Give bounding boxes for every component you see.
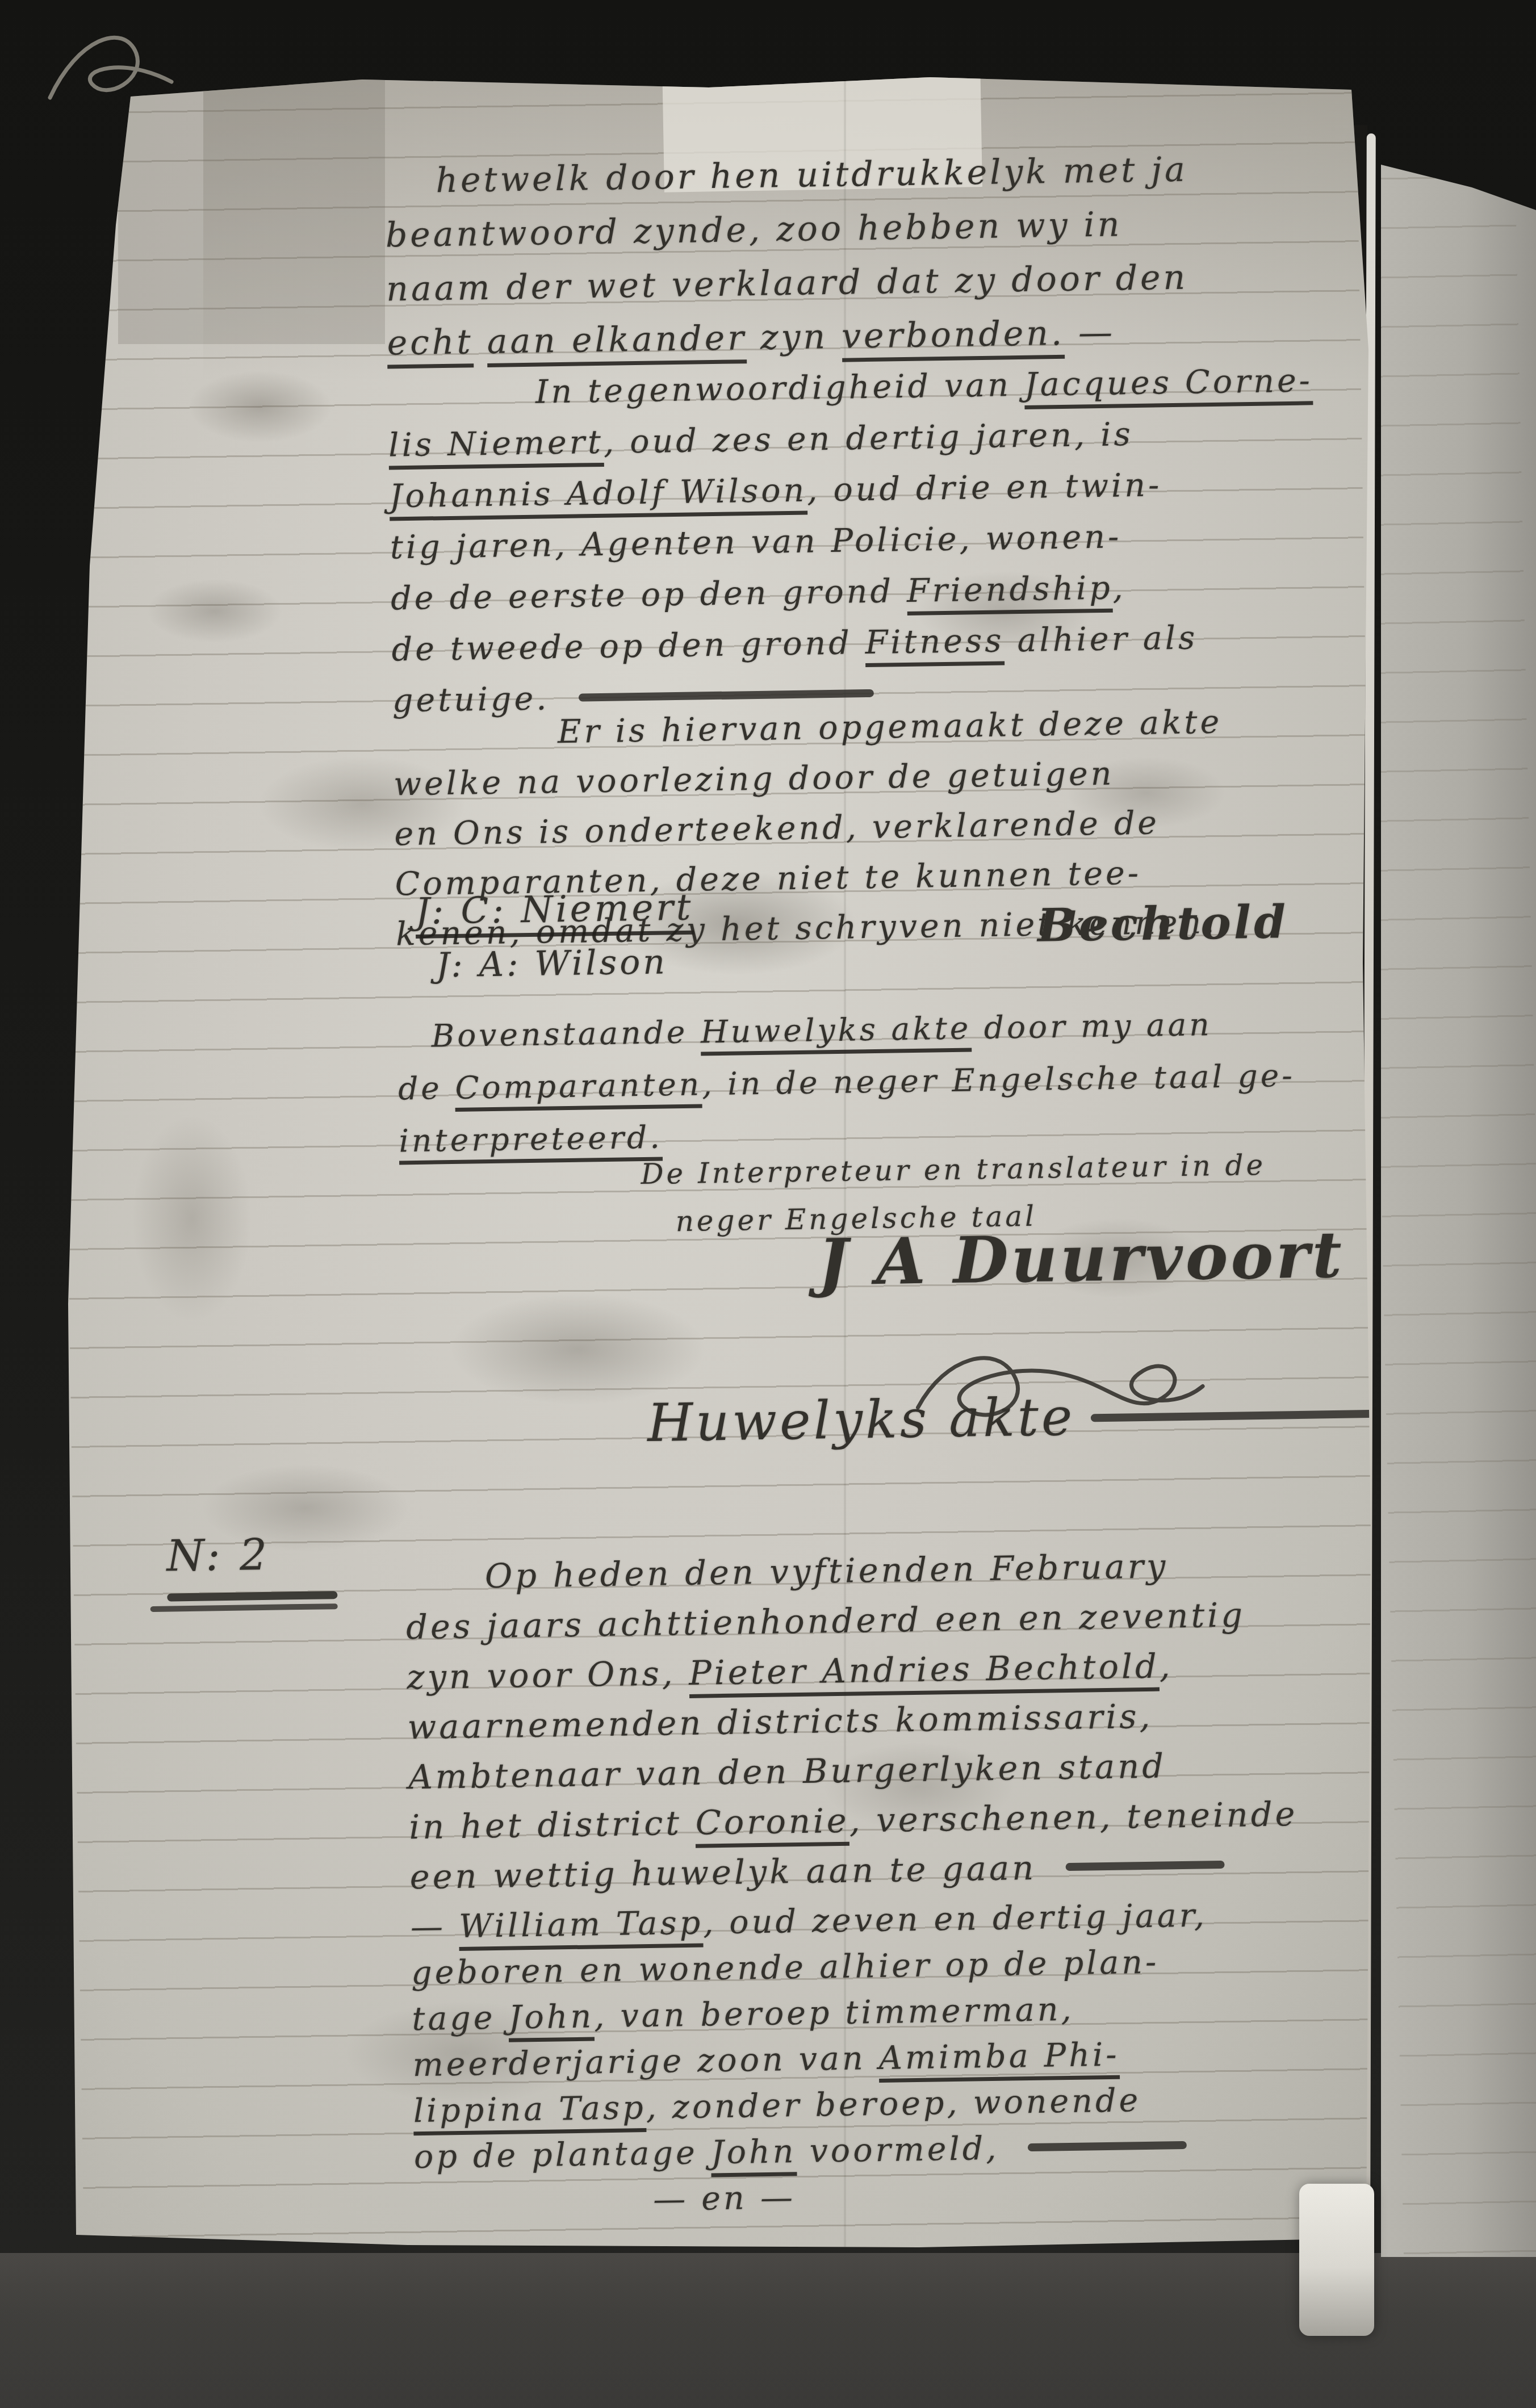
groom-clause-paragraph: — William Tasp, oud zeven en dertig jaar…	[410, 1892, 1211, 2226]
underlined-text: Huwelyks akte	[700, 1010, 972, 1056]
text-segment: , oud drie en twin-	[807, 466, 1162, 509]
underlined-text: Amimba Phi-	[878, 2036, 1120, 2083]
archival-scan: hetwelk door hen uitdrukkelyk met jabean…	[0, 0, 1536, 2408]
text-segment: waarnemenden districts kommissaris,	[407, 1697, 1153, 1747]
adjacent-page-edge	[1381, 79, 1536, 2257]
text-segment: , van beroep timmerman,	[594, 1991, 1074, 2036]
text-segment: Bovenstaande	[431, 1014, 701, 1054]
text-segment: des jaars achttienhonderd een en zeventi…	[406, 1595, 1246, 1647]
text-segment: , verschenen, teneinde	[849, 1794, 1298, 1840]
witness-signature-2: J: A: Wilson	[436, 942, 668, 985]
underlined-text: Friendship	[906, 569, 1113, 615]
underlined-text: lis Niemert	[388, 424, 604, 470]
interpreter-signature: J A Duurvoort	[818, 1218, 1345, 1300]
act-number: N: 2	[166, 1529, 270, 1581]
underlined-text: lippina Tasp	[413, 2089, 646, 2135]
underlined-text: Fitness	[865, 622, 1005, 667]
text-segment: de tweede op den grond	[391, 624, 865, 668]
text-segment: een wettig huwelyk aan te gaan	[409, 1848, 1050, 1897]
underlined-text: William Tasp	[459, 1904, 704, 1951]
text-segment: , zonder beroep, wonende	[646, 2082, 1141, 2126]
page-title: Huwelyks akte	[647, 1387, 1075, 1454]
text-segment: —	[1064, 313, 1115, 353]
text-segment: Ambtenaar van den Burgerlyken stand	[408, 1746, 1167, 1796]
binding-tab	[1299, 2184, 1374, 2336]
underlined-text: Coronie	[695, 1801, 849, 1848]
text-segment: alhier als	[1004, 619, 1198, 659]
underlined-text: Comparanten	[455, 1066, 702, 1111]
text-segment: Er is hiervan opgemaakt deze akte	[557, 703, 1222, 751]
act-number-margin-note: N: 2	[166, 1528, 338, 1611]
act-number-underline-2	[150, 1603, 338, 1612]
text-segment: ,	[1112, 569, 1126, 606]
text-segment: welke na voorlezing door de getuigen	[394, 755, 1115, 803]
text-segment: In tegenwoordigheid van	[535, 366, 1024, 411]
handwritten-line: Er is hiervan opgemaakt deze akte	[557, 697, 1223, 757]
underlined-text: Johannis Adolf Wilson	[389, 472, 807, 521]
underlined-text: interpreteerd.	[399, 1119, 663, 1165]
text-segment: —	[411, 1908, 459, 1946]
underlined-text: echt	[387, 322, 474, 368]
ink-dash-bar	[578, 689, 873, 702]
text-segment: , oud zes en dertig jaren, is	[603, 416, 1133, 461]
act-opening-paragraph: Op heden den vyftienden Februarydes jaar…	[405, 1539, 1299, 1902]
underlined-text: aan elkander	[487, 318, 747, 367]
underlined-text: John	[710, 2133, 797, 2177]
handwritten-line: — en —	[653, 2168, 1212, 2223]
text-segment: , oud zeven en dertig jaar,	[703, 1896, 1208, 1941]
text-segment: — en —	[653, 2179, 796, 2218]
text-segment: beantwoord zynde, zoo hebben wy in	[385, 204, 1123, 255]
text-segment: zyn	[746, 317, 842, 358]
text-segment: tig jaren, Agenten van Policie, wonen-	[390, 518, 1122, 566]
text-segment: tage	[412, 1999, 509, 2038]
manuscript-page: hetwelk door hen uitdrukkelyk met jabean…	[67, 55, 1373, 2261]
underlined-text: Jacques Corne-	[1024, 362, 1313, 409]
underlined-text: Pieter Andries Bechtold	[689, 1647, 1160, 1698]
underlined-text: verbonden.	[842, 313, 1065, 362]
handwriting-layer: hetwelk door hen uitdrukkelyk met jabean…	[51, 45, 1389, 2271]
text-segment: ,	[1159, 1646, 1173, 1685]
text-segment: Op heden den vyftienden February	[484, 1546, 1168, 1595]
text-segment: door my aan	[971, 1006, 1212, 1046]
act-number-underline	[167, 1591, 337, 1601]
heading-scribble-underline	[1091, 1410, 1386, 1422]
adjacent-ruled-lines	[1358, 78, 1536, 2259]
text-segment: op de plantage	[414, 2134, 712, 2176]
text-segment: geboren en wonende alhier op de plan-	[411, 1944, 1160, 1992]
text-segment: in het district	[409, 1803, 696, 1846]
text-segment: , in de neger Engelsche taal ge-	[702, 1057, 1296, 1102]
text-segment: en Ons is onderteekend, verklarende de	[394, 804, 1160, 853]
handwritten-line: De Interpreteur en translateur in de	[641, 1141, 1266, 1198]
text-segment: de de eerste op den grond	[391, 572, 907, 617]
text-segment: De Interpreteur en translateur in de	[641, 1149, 1266, 1191]
closing-formula-paragraph: hetwelk door hen uitdrukkelyk met jabean…	[384, 143, 1191, 371]
text-segment: meerderjarige zoon van	[412, 2040, 879, 2084]
text-segment: zyn voor Ons,	[407, 1653, 689, 1697]
section-heading-row: Huwelyks akte	[647, 1382, 1387, 1454]
text-segment: de	[398, 1070, 455, 1107]
text-segment: naam der wet verklaard dat zy door den	[386, 258, 1188, 309]
witness-clause-paragraph: In tegenwoordigheid van Jacques Corne-li…	[387, 355, 1317, 726]
ink-dash-bar	[1066, 1861, 1225, 1871]
text-segment: hetwelk door hen uitdrukkelyk met ja	[436, 150, 1188, 201]
official-signature: Bechtold	[1037, 895, 1288, 952]
text-segment	[473, 322, 487, 362]
interpretation-note-paragraph: Bovenstaande Huwelyks akte door my aande…	[397, 997, 1296, 1167]
text-segment: voormeld,	[796, 2130, 1012, 2171]
ink-dash-bar	[1028, 2141, 1187, 2151]
witness-signature-1: J: C: Niemert	[415, 887, 694, 939]
underlined-text: John	[508, 1997, 595, 2042]
